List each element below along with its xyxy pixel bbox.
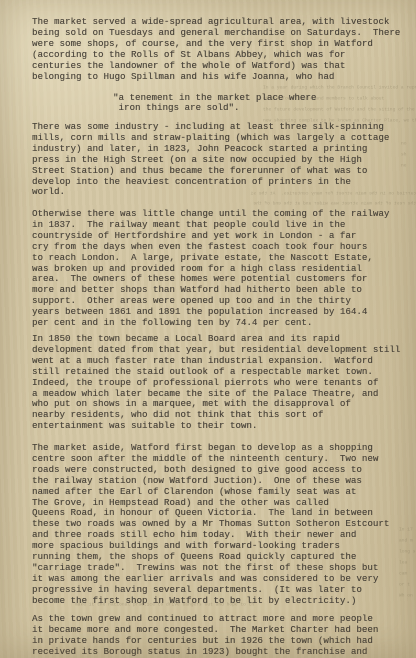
quote-tenement: "a tenement in the market place where ir… xyxy=(113,93,316,115)
para-market-intro: The market served a wide-spread agricult… xyxy=(32,17,400,82)
para-town-growth: As the town grew and continued to attrac… xyxy=(32,614,378,658)
ghost-text-fragment: cam xyxy=(399,571,407,576)
ghost-text-fragment: lea xyxy=(399,560,407,565)
ghost-text-fragment: long s xyxy=(399,549,416,554)
ghost-text-fragment: and m xyxy=(399,538,413,543)
para-industry: There was some industry - including at l… xyxy=(32,122,389,198)
ghost-text-fragment: sh xyxy=(401,152,407,157)
ghost-text-line: In a year during which the Branch Counci… xyxy=(263,85,416,90)
ghost-text-fragment: ne xyxy=(401,163,407,168)
ghost-text-fragment: or t xyxy=(399,582,410,587)
para-local-board: In 1850 the town became a Local Board ar… xyxy=(32,334,400,432)
ghost-text-fragment: In 17 xyxy=(399,527,413,532)
ghost-text-fragment: Wh on xyxy=(399,593,413,598)
scanned-typewritten-page: In a year during which the Branch Counci… xyxy=(0,0,416,658)
ghost-text-fragment: no xyxy=(401,141,407,146)
para-shopping-centre: The market aside, Watford first began to… xyxy=(32,443,389,607)
para-railway: Otherwise there was little change until … xyxy=(32,209,389,329)
ghost-text-line-mirrored: the rest of the main street was wider an… xyxy=(253,201,416,206)
